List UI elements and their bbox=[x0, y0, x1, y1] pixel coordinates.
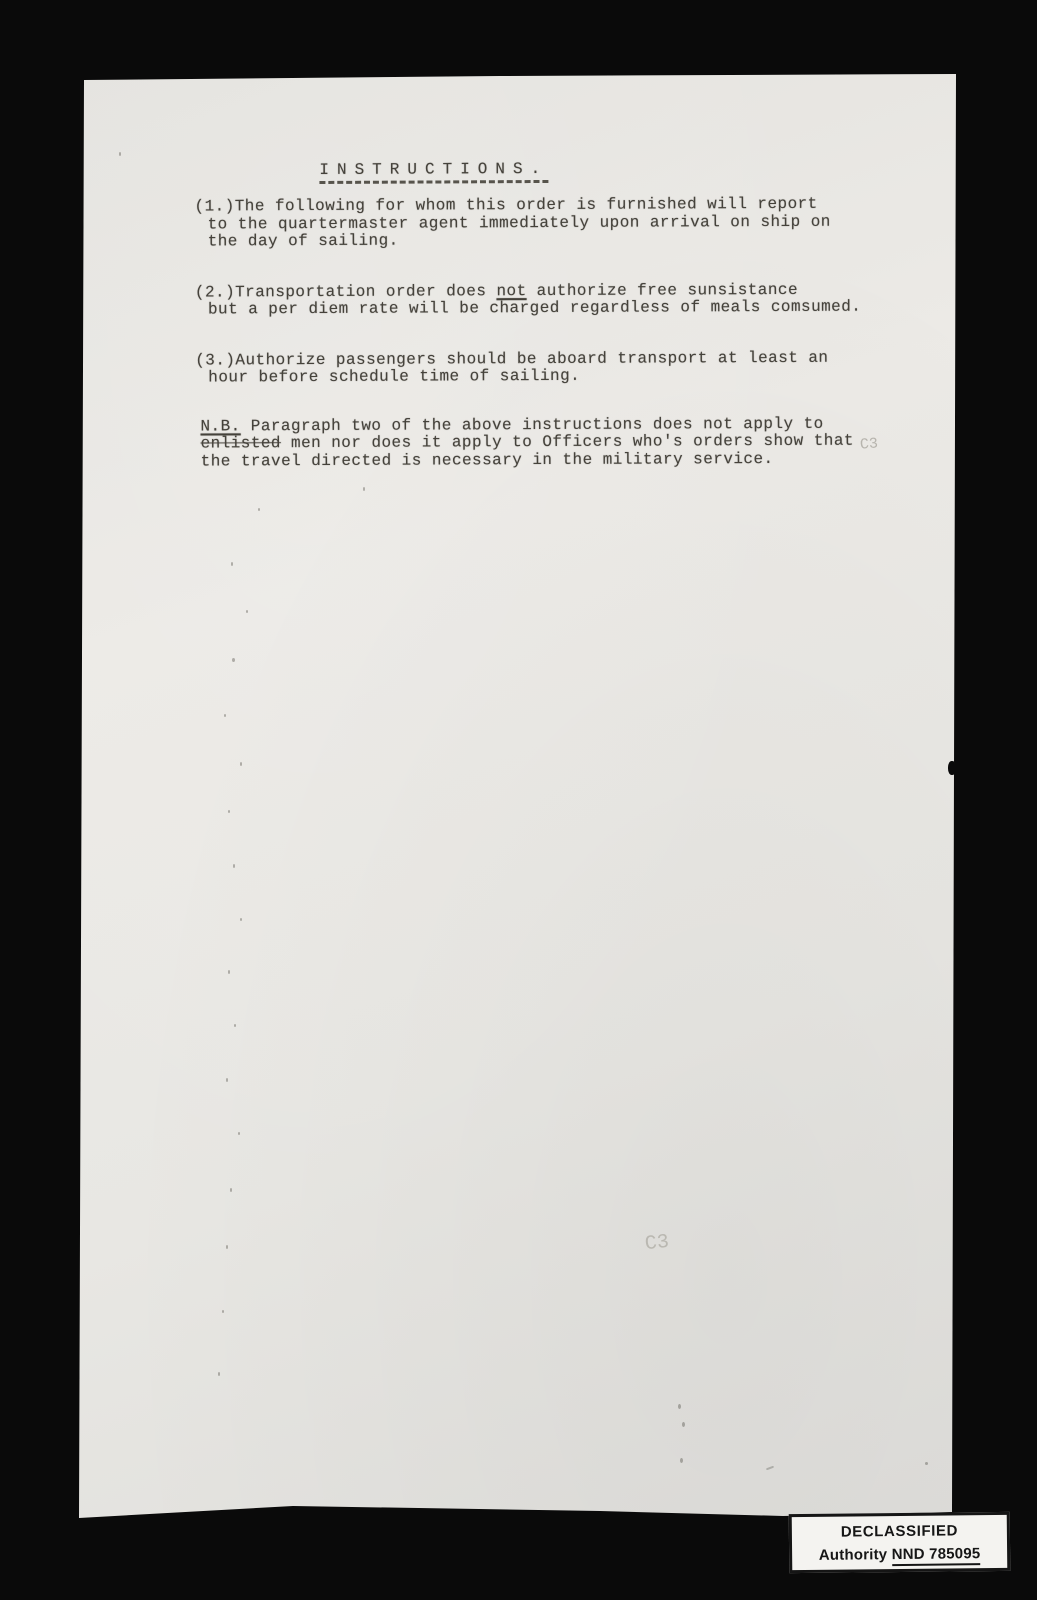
authority-line: Authority NND 785095 bbox=[819, 1545, 981, 1564]
nb-line-2: enlisted men nor does it apply to Office… bbox=[201, 432, 896, 453]
paper-speck bbox=[925, 1462, 928, 1465]
paragraph-3-line-2: hour before schedule time of sailing. bbox=[195, 366, 895, 387]
paper-speck bbox=[231, 562, 233, 566]
authority-number: NND 785095 bbox=[892, 1545, 981, 1566]
paragraph-2-underlined-word: not bbox=[496, 282, 526, 300]
paper-speck bbox=[240, 918, 242, 921]
document-title-row: INSTRUCTIONS. bbox=[319, 159, 894, 182]
paper-speck bbox=[363, 487, 365, 491]
paper-speck bbox=[224, 714, 226, 717]
paper-edge-notch bbox=[948, 761, 956, 775]
paper-speck bbox=[246, 610, 248, 613]
paper-speck bbox=[226, 1078, 228, 1082]
paragraph-1-line-2: to the quartermaster agent immediately u… bbox=[195, 213, 895, 234]
paper-speck bbox=[230, 1188, 232, 1192]
paper-speck bbox=[238, 1132, 240, 1135]
paper-speck bbox=[222, 1310, 224, 1313]
paper-speck bbox=[228, 810, 230, 813]
paper-speck bbox=[258, 508, 260, 511]
paper-speck bbox=[226, 1245, 228, 1249]
authority-prefix: Authority bbox=[819, 1546, 892, 1564]
paper-speck bbox=[678, 1404, 681, 1409]
paragraph-1: (1.)The following for whom this order is… bbox=[194, 195, 894, 251]
paper-speck bbox=[240, 762, 242, 766]
document-title: INSTRUCTIONS. bbox=[319, 160, 548, 184]
paper-speck bbox=[233, 864, 235, 868]
paper-speck bbox=[680, 1458, 683, 1463]
paragraph-2-line-1-pre: (2.)Transportation order does bbox=[195, 282, 497, 301]
paper-speck bbox=[119, 152, 121, 156]
paragraph-1-line-3: the day of sailing. bbox=[195, 230, 895, 251]
paper-speck bbox=[218, 1372, 220, 1376]
paragraph-2-line-1-post: authorize free sunsistance bbox=[527, 280, 798, 299]
paper-smudge bbox=[52, 1464, 61, 1468]
nota-bene-note: N.B. Paragraph two of the above instruct… bbox=[200, 415, 895, 471]
paper-smudge bbox=[766, 1466, 774, 1471]
document-text: INSTRUCTIONS. (1.)The following for whom… bbox=[194, 159, 895, 470]
nb-label: N.B. bbox=[200, 417, 240, 435]
nb-line-3: the travel directed is necessary in the … bbox=[201, 450, 896, 471]
faint-pencil-mark-1: C3 bbox=[859, 435, 878, 453]
paper-speck bbox=[232, 658, 235, 662]
paper-speck bbox=[682, 1422, 685, 1427]
paragraph-2-line-2: but a per diem rate will be charged rega… bbox=[195, 298, 895, 319]
scanner-background: INSTRUCTIONS. (1.)The following for whom… bbox=[0, 0, 1037, 1600]
paper-speck bbox=[234, 1024, 236, 1027]
declassified-stamp: DECLASSIFIED Authority NND 785095 bbox=[789, 1512, 1011, 1573]
paper-speck bbox=[228, 970, 230, 974]
paragraph-3: (3.)Authorize passengers should be aboar… bbox=[195, 349, 895, 387]
faint-pencil-mark-2: C3 bbox=[644, 1231, 670, 1256]
declassified-label: DECLASSIFIED bbox=[841, 1522, 958, 1540]
document-paper: INSTRUCTIONS. (1.)The following for whom… bbox=[0, 0, 1037, 1600]
paragraph-2: (2.)Transportation order does not author… bbox=[195, 281, 895, 319]
nb-struck-word: enlisted bbox=[201, 434, 281, 452]
